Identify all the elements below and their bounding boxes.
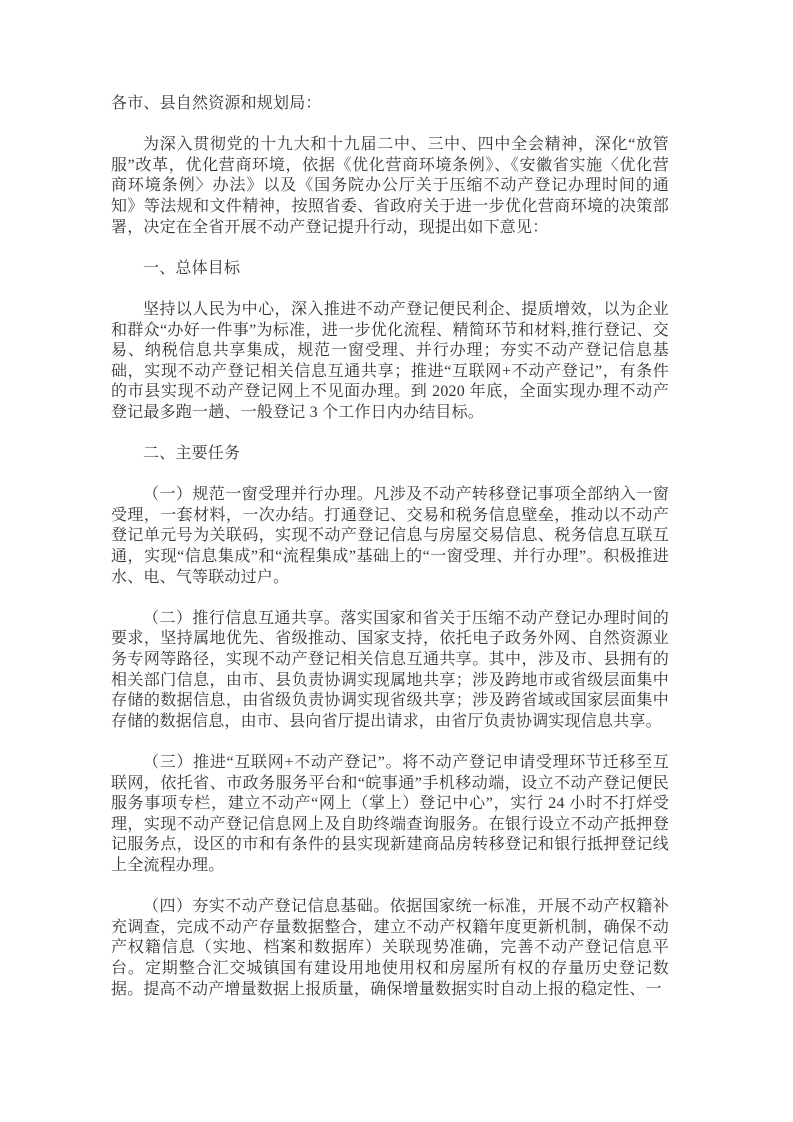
salutation-line: 各市、县自然资源和规划局： bbox=[111, 94, 669, 115]
document-body: 各市、县自然资源和规划局： 为深入贯彻党的十九大和十九届二中、三中、四中全会精神… bbox=[111, 94, 669, 1000]
document-page: 各市、县自然资源和规划局： 为深入贯彻党的十九大和十九届二中、三中、四中全会精神… bbox=[0, 0, 793, 1122]
section-heading-main-tasks: 二、主要任务 bbox=[111, 444, 669, 465]
overall-goal-paragraph: 坚持以人民为中心，深入推进不动产登记便民利企、提质增效，以为企业和群众“办好一件… bbox=[111, 300, 669, 424]
task-paragraph-1: （一）规范一窗受理并行办理。凡涉及不动产转移登记事项全部纳入一窗受理，一套材料，… bbox=[111, 485, 669, 588]
section-heading-overall-goal: 一、总体目标 bbox=[111, 259, 669, 280]
task-paragraph-2: （二）推行信息互通共享。落实国家和省关于压缩不动产登记办理时间的要求，坚持属地优… bbox=[111, 609, 669, 733]
intro-paragraph: 为深入贯彻党的十九大和十九届二中、三中、四中全会精神，深化“放管服”改革，优化营… bbox=[111, 135, 669, 238]
task-paragraph-3: （三）推进“互联网+不动产登记”。将不动产登记申请受理环节迁移至互联网，依托省、… bbox=[111, 753, 669, 877]
task-paragraph-4: （四）夯实不动产登记信息基础。依据国家统一标准，开展不动产权籍补充调查，完成不动… bbox=[111, 897, 669, 1000]
